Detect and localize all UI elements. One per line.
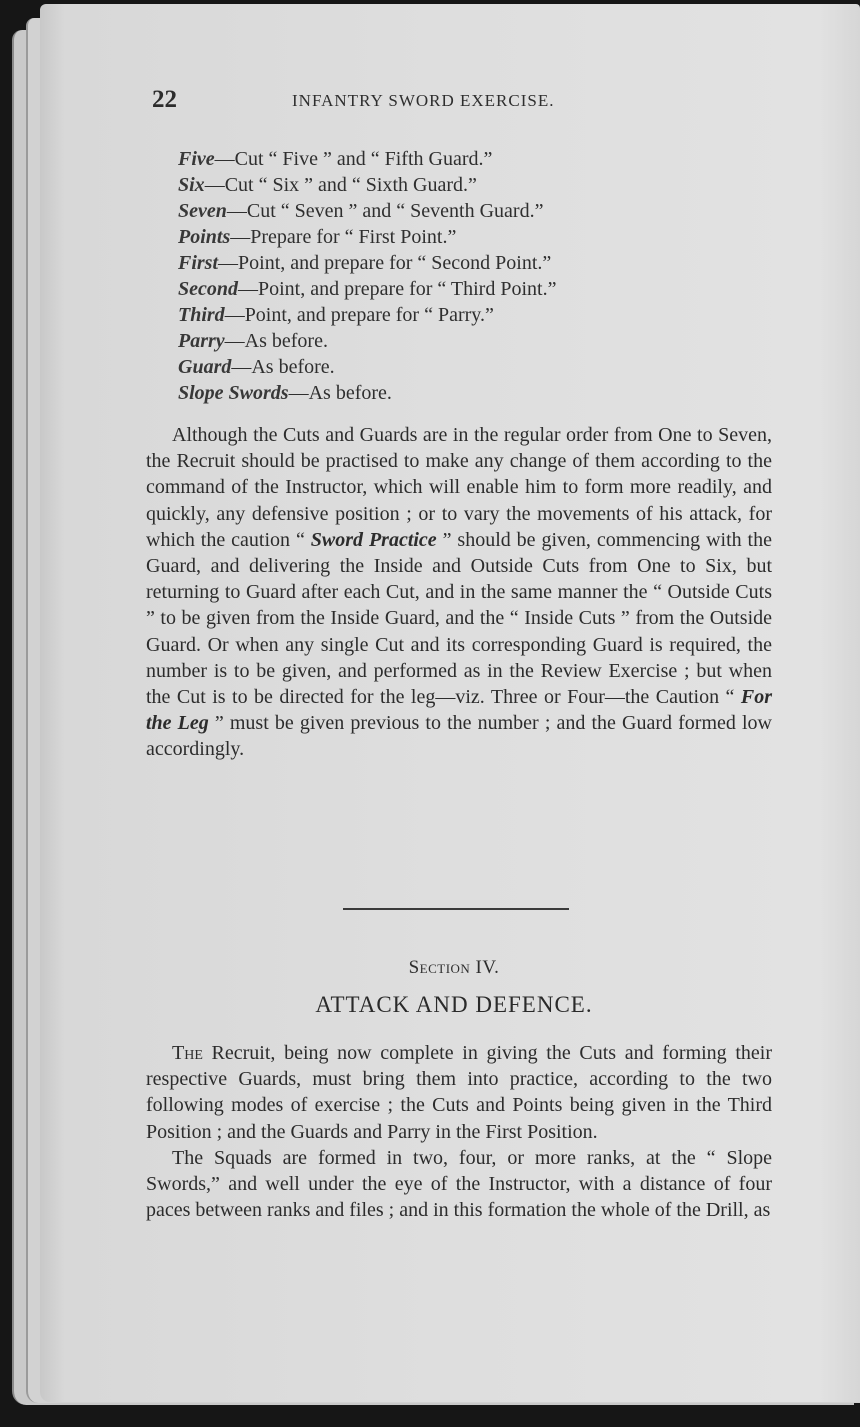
lead-word: The — [172, 1042, 203, 1064]
text-run: The Squads are formed in two, four, or m… — [146, 1147, 772, 1221]
command-word: Parry — [178, 330, 225, 352]
command-word: Points — [178, 226, 230, 248]
command-line: Slope Swords—As before. — [178, 380, 778, 406]
command-word: Seven — [178, 200, 227, 222]
command-text: —Prepare for “ First Point.” — [230, 226, 456, 248]
command-line: Five—Cut “ Five ” and “ Fifth Guard.” — [178, 146, 778, 172]
text-run: ” must be given previous to the number ;… — [146, 712, 772, 760]
command-word: Second — [178, 278, 238, 300]
command-word: Guard — [178, 356, 231, 378]
command-text: —Cut “ Five ” and “ Fifth Guard.” — [215, 148, 493, 170]
section-divider-rule — [343, 908, 569, 910]
command-text: —As before. — [231, 356, 334, 378]
command-line: Points—Prepare for “ First Point.” — [178, 224, 778, 250]
command-text: —Point, and prepare for “ Third Point.” — [238, 278, 556, 300]
book-page: 22 INFANTRY SWORD EXERCISE. Five—Cut “ F… — [40, 4, 860, 1402]
section-title: ATTACK AND DEFENCE. — [40, 992, 860, 1018]
running-head: 22 INFANTRY SWORD EXERCISE. — [152, 86, 672, 116]
paragraph-squads: The Squads are formed in two, four, or m… — [146, 1145, 772, 1224]
paragraph-sword-practice: Although the Cuts and Guards are in the … — [146, 422, 772, 763]
command-line: Six—Cut “ Six ” and “ Sixth Guard.” — [178, 172, 778, 198]
command-text: —As before. — [225, 330, 328, 352]
command-line: First—Point, and prepare for “ Second Po… — [178, 250, 778, 276]
running-head-title: INFANTRY SWORD EXERCISE. — [292, 91, 554, 111]
command-word: First — [178, 252, 218, 274]
command-text: —Point, and prepare for “ Second Point.” — [218, 252, 551, 274]
text-run: ” should be given, commencing with the G… — [146, 529, 772, 708]
section-number: Section IV. — [40, 957, 860, 979]
section-body: The Recruit, being now complete in givin… — [146, 1040, 772, 1223]
page-number: 22 — [152, 86, 177, 114]
command-line: Third—Point, and prepare for “ Parry.” — [178, 302, 778, 328]
paragraph-recruit: The Recruit, being now complete in givin… — [146, 1040, 772, 1145]
command-word: Six — [178, 174, 205, 196]
caution-sword-practice: Sword Practice — [311, 529, 437, 551]
command-line: Guard—As before. — [178, 354, 778, 380]
command-text: —Cut “ Six ” and “ Sixth Guard.” — [205, 174, 477, 196]
command-text: —Point, and prepare for “ Parry.” — [225, 304, 494, 326]
command-line: Second—Point, and prepare for “ Third Po… — [178, 276, 778, 302]
command-text: —As before. — [289, 382, 392, 404]
command-word: Five — [178, 148, 215, 170]
command-list: Five—Cut “ Five ” and “ Fifth Guard.” Si… — [178, 146, 778, 406]
text-run: Recruit, being now complete in giving th… — [146, 1042, 772, 1143]
command-word: Slope Swords — [178, 382, 289, 404]
command-line: Seven—Cut “ Seven ” and “ Seventh Guard.… — [178, 198, 778, 224]
command-line: Parry—As before. — [178, 328, 778, 354]
command-word: Third — [178, 304, 225, 326]
command-text: —Cut “ Seven ” and “ Seventh Guard.” — [227, 200, 544, 222]
